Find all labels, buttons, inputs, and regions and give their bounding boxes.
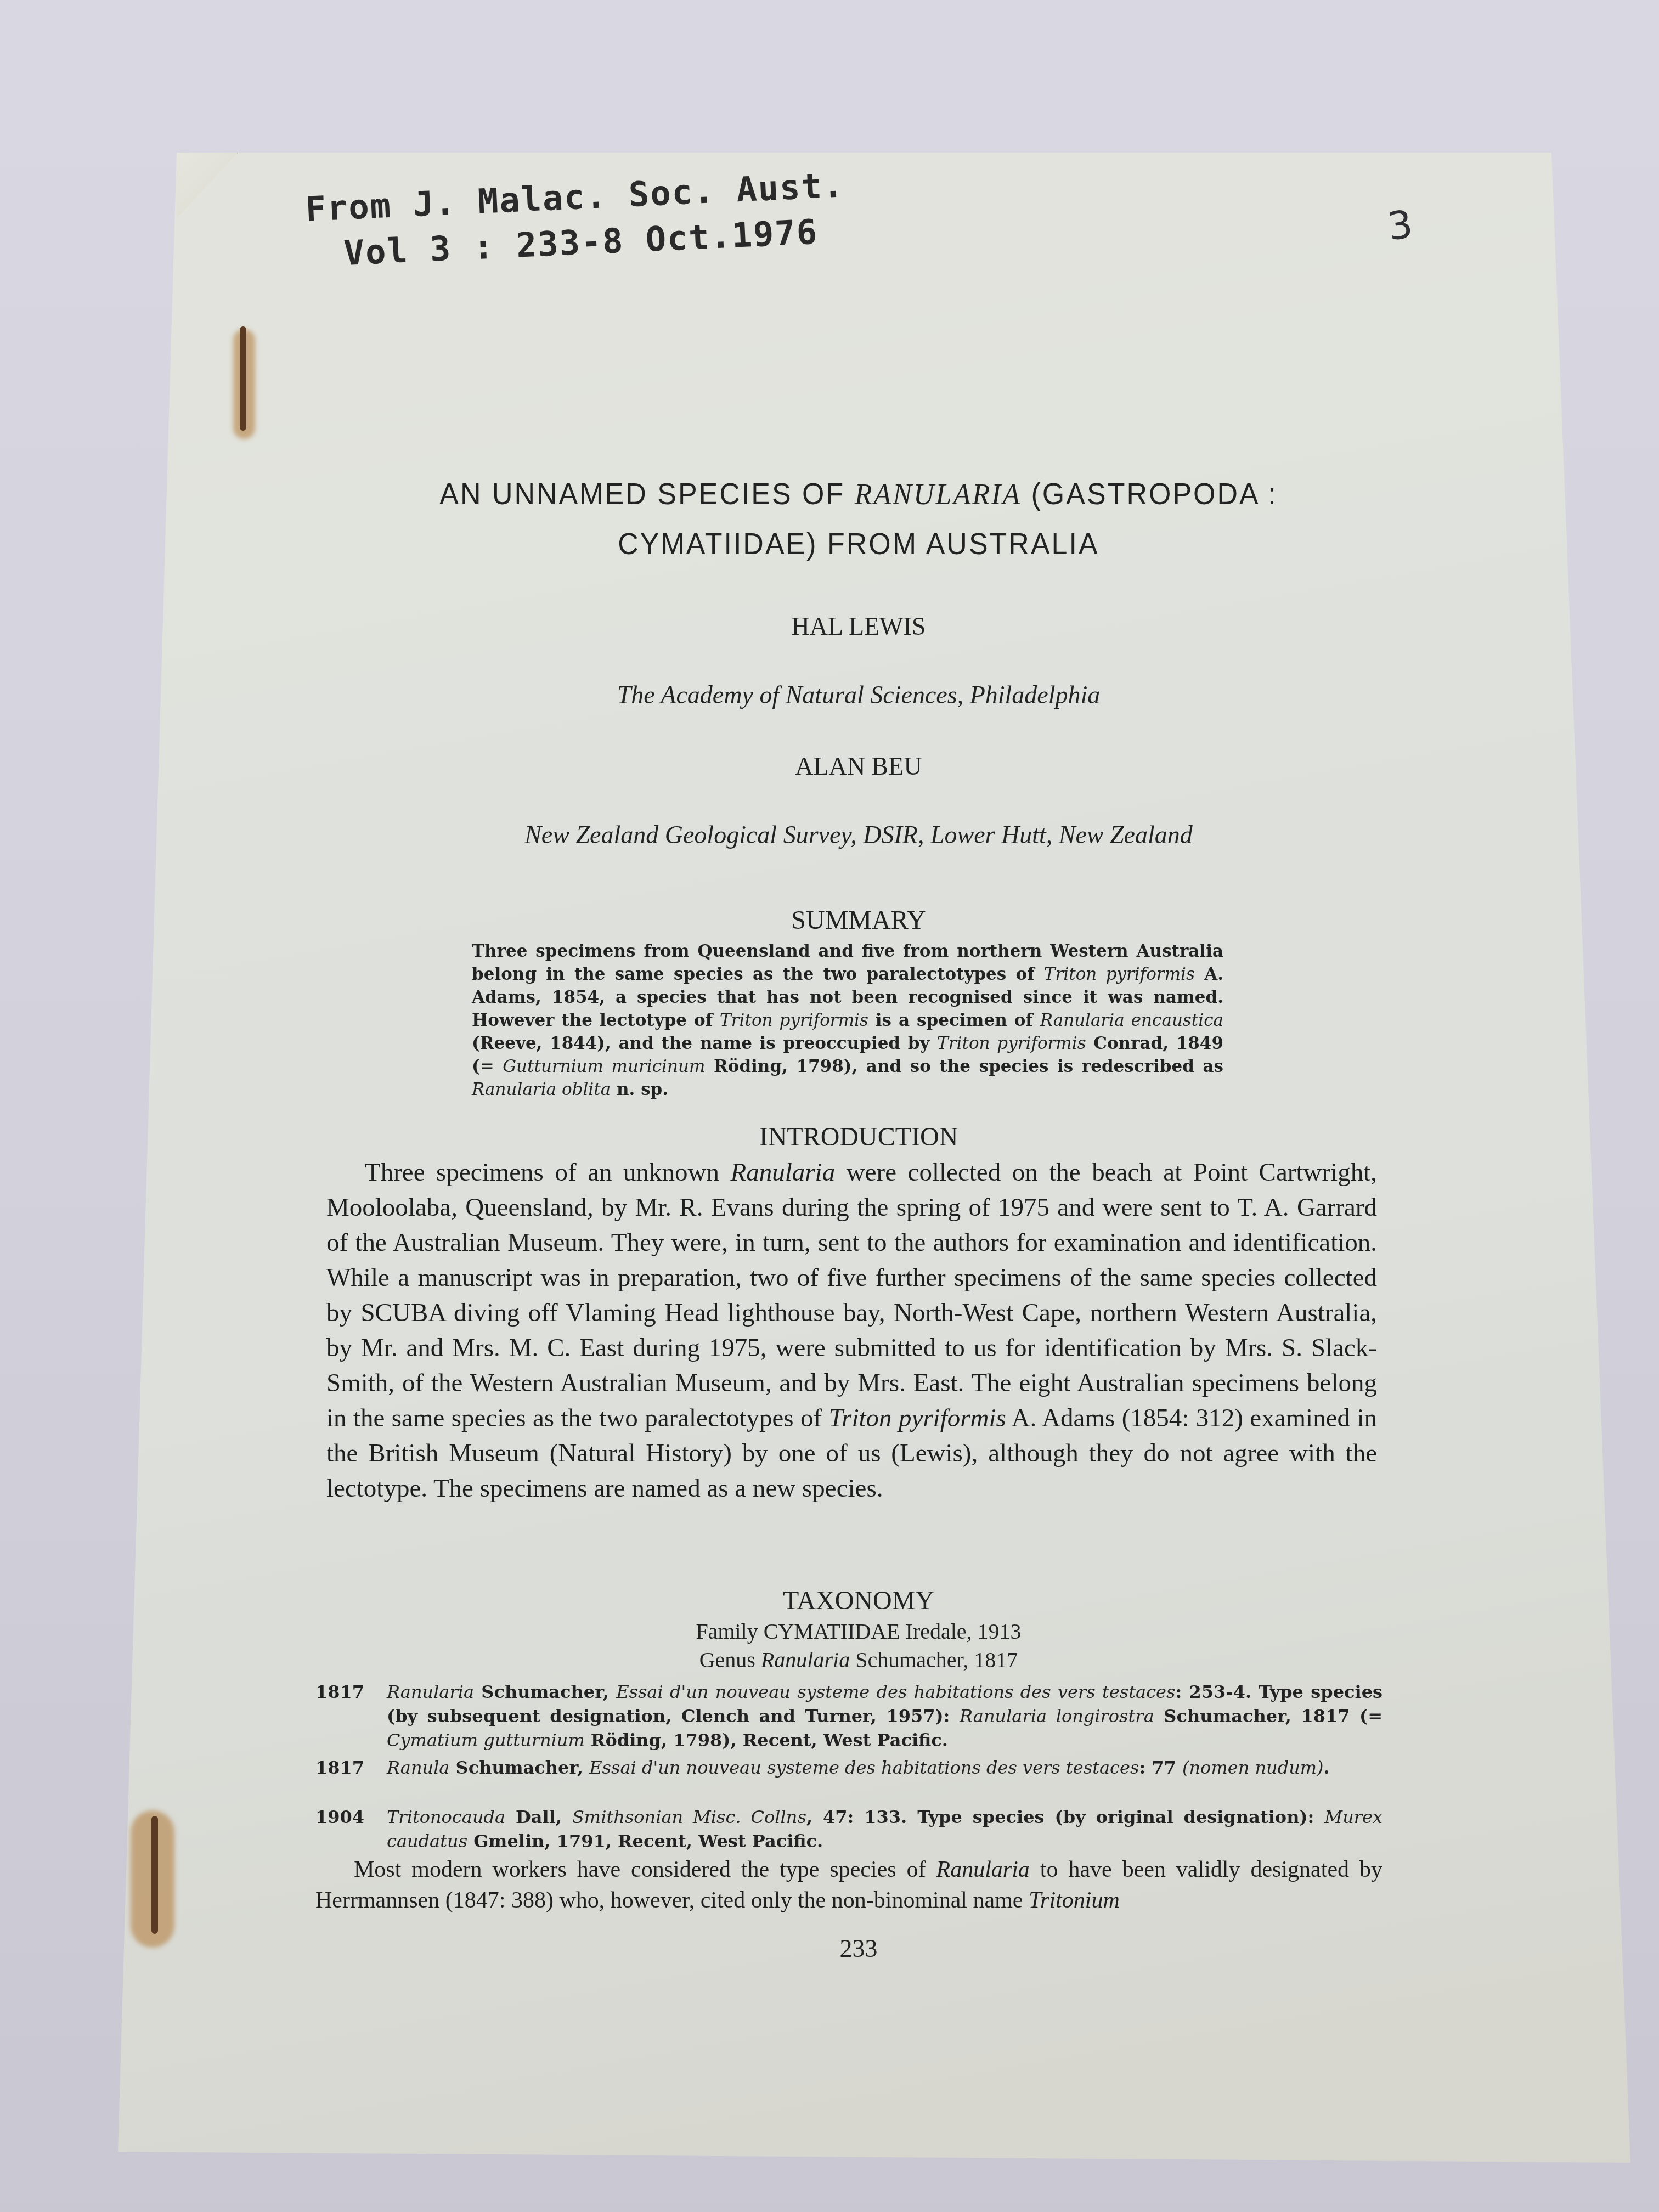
summary-heading: SUMMARY (296, 905, 1421, 935)
title-line-1: AN UNNAMED SPECIES OF RANULARIA (GASTROP… (296, 470, 1421, 520)
synonymy-entry: 1817 Ranula Schumacher, Essai d'un nouve… (315, 1756, 1383, 1780)
introduction-heading: INTRODUCTION (296, 1122, 1421, 1152)
introduction-paragraph: Three specimens of an unknown Ranularia … (326, 1155, 1377, 1506)
author-2-affiliation: New Zealand Geological Survey, DSIR, Low… (296, 820, 1421, 849)
summary-paragraph: Three specimens from Queensland and five… (472, 940, 1223, 1101)
staple-bottom (151, 1816, 158, 1934)
entry-year: 1817 (315, 1680, 364, 1704)
page-number: 233 (296, 1934, 1421, 1963)
entry-year: 1904 (315, 1805, 364, 1829)
family-line: Family CYMATIIDAE Iredale, 1913 (296, 1618, 1421, 1644)
author-1-affiliation: The Academy of Natural Sciences, Philade… (296, 680, 1421, 709)
synonymy-entry: 1817 Ranularia Schumacher, Essai d'un no… (315, 1680, 1383, 1752)
author-1-name: HAL LEWIS (296, 612, 1421, 641)
author-2-name: ALAN BEU (296, 752, 1421, 781)
genus-line: Genus Ranularia Schumacher, 1817 (296, 1647, 1421, 1673)
title-line-2: CYMATIIDAE) FROM AUSTRALIA (296, 520, 1421, 569)
staple-top (240, 326, 246, 431)
paper-title: AN UNNAMED SPECIES OF RANULARIA (GASTROP… (296, 470, 1421, 569)
taxonomy-paragraph: Most modern workers have considered the … (315, 1854, 1383, 1916)
taxonomy-heading: TAXONOMY (296, 1585, 1421, 1616)
synonymy-entry: 1904 Tritonocauda Dall, Smithsonian Misc… (315, 1805, 1383, 1853)
entry-year: 1817 (315, 1756, 364, 1780)
